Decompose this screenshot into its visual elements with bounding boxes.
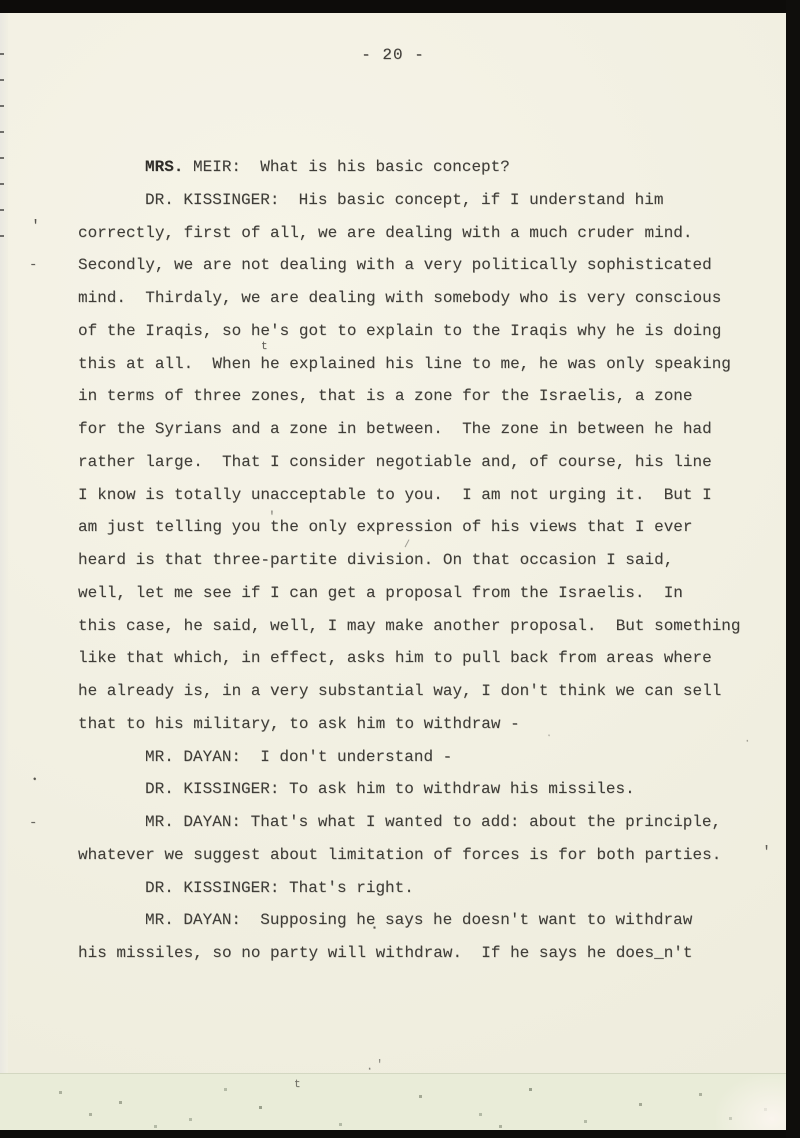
- scan-artifact: /: [404, 541, 410, 551]
- transcript-line: this at all. When he explained his line …: [78, 354, 778, 376]
- transcript-line: in terms of three zones, that is a zone …: [78, 386, 778, 408]
- scan-noise: [0, 1074, 1, 1075]
- scan-artifact: •: [32, 776, 37, 785]
- scan-artifact: ·: [546, 732, 552, 742]
- scan-artifact: -: [29, 258, 37, 272]
- transcript-line: his missiles, so no party will withdraw.…: [78, 943, 778, 965]
- transcript-line: rather large. That I consider negotiable…: [78, 452, 778, 474]
- transcript-line: DR. KISSINGER: That's right.: [145, 878, 800, 900]
- transcript-line: whatever we suggest about limitation of …: [78, 845, 778, 867]
- transcript-line: that to his military, to ask him to with…: [78, 714, 778, 736]
- scan-artifact: ': [376, 1059, 383, 1071]
- transcript-line: heard is that three-partite division. On…: [78, 550, 778, 572]
- transcript-line: he already is, in a very substantial way…: [78, 681, 778, 703]
- scan-bottom-band: [0, 1073, 786, 1131]
- scan-artifact: ': [762, 845, 771, 860]
- scan-edge-left: [0, 13, 8, 1130]
- transcript-line: DR. KISSINGER: To ask him to withdraw hi…: [145, 779, 800, 801]
- transcript-line: MR. DAYAN: That's what I wanted to add: …: [145, 812, 800, 834]
- scan-artifact: t: [294, 1080, 301, 1091]
- scan-edge-top: [0, 0, 800, 13]
- scan-artifact: -: [29, 816, 37, 830]
- transcript-line: Secondly, we are not dealing with a very…: [78, 255, 778, 277]
- scan-artifact: ·: [163, 554, 171, 567]
- scan-edge-bottom: [0, 1130, 800, 1138]
- transcript-line: well, let me see if I can get a proposal…: [78, 583, 778, 605]
- scan-artifact: ': [268, 510, 276, 523]
- scan-corner-light: [716, 1075, 786, 1130]
- transcript-line: of the Iraqis, so he's got to explain to…: [78, 321, 778, 343]
- transcript-line: like that which, in effect, asks him to …: [78, 648, 778, 670]
- scan-artifact: ▪: [372, 925, 377, 933]
- transcript-line: am just telling you the only expression …: [78, 517, 778, 539]
- transcript-line: this case, he said, well, I may make ano…: [78, 616, 778, 638]
- scan-edge-right: [786, 0, 800, 1138]
- transcript-line: MRS. MEIR: What is his basic concept?: [145, 157, 800, 179]
- transcript-line: mind. Thirdaly, we are dealing with some…: [78, 288, 778, 310]
- scan-artifact: ·: [744, 737, 751, 748]
- scan-artifact: t: [261, 342, 268, 353]
- scan-artifact: ·: [366, 1063, 373, 1075]
- scanned-page: - 20 - MRS. MEIR: What is his basic conc…: [0, 0, 800, 1138]
- transcript-line: DR. KISSINGER: His basic concept, if I u…: [145, 190, 800, 212]
- scan-artifact: ': [31, 219, 40, 234]
- transcript-line: MR. DAYAN: I don't understand -: [145, 747, 800, 769]
- transcript-line: I know is totally unacceptable to you. I…: [78, 485, 778, 507]
- transcript-line: for the Syrians and a zone in between. T…: [78, 419, 778, 441]
- transcript-line: correctly, first of all, we are dealing …: [78, 223, 778, 245]
- transcript-line: MR. DAYAN: Supposing he says he doesn't …: [145, 910, 800, 932]
- scan-edge-ticks: [0, 53, 4, 243]
- page-number: - 20 -: [0, 46, 786, 64]
